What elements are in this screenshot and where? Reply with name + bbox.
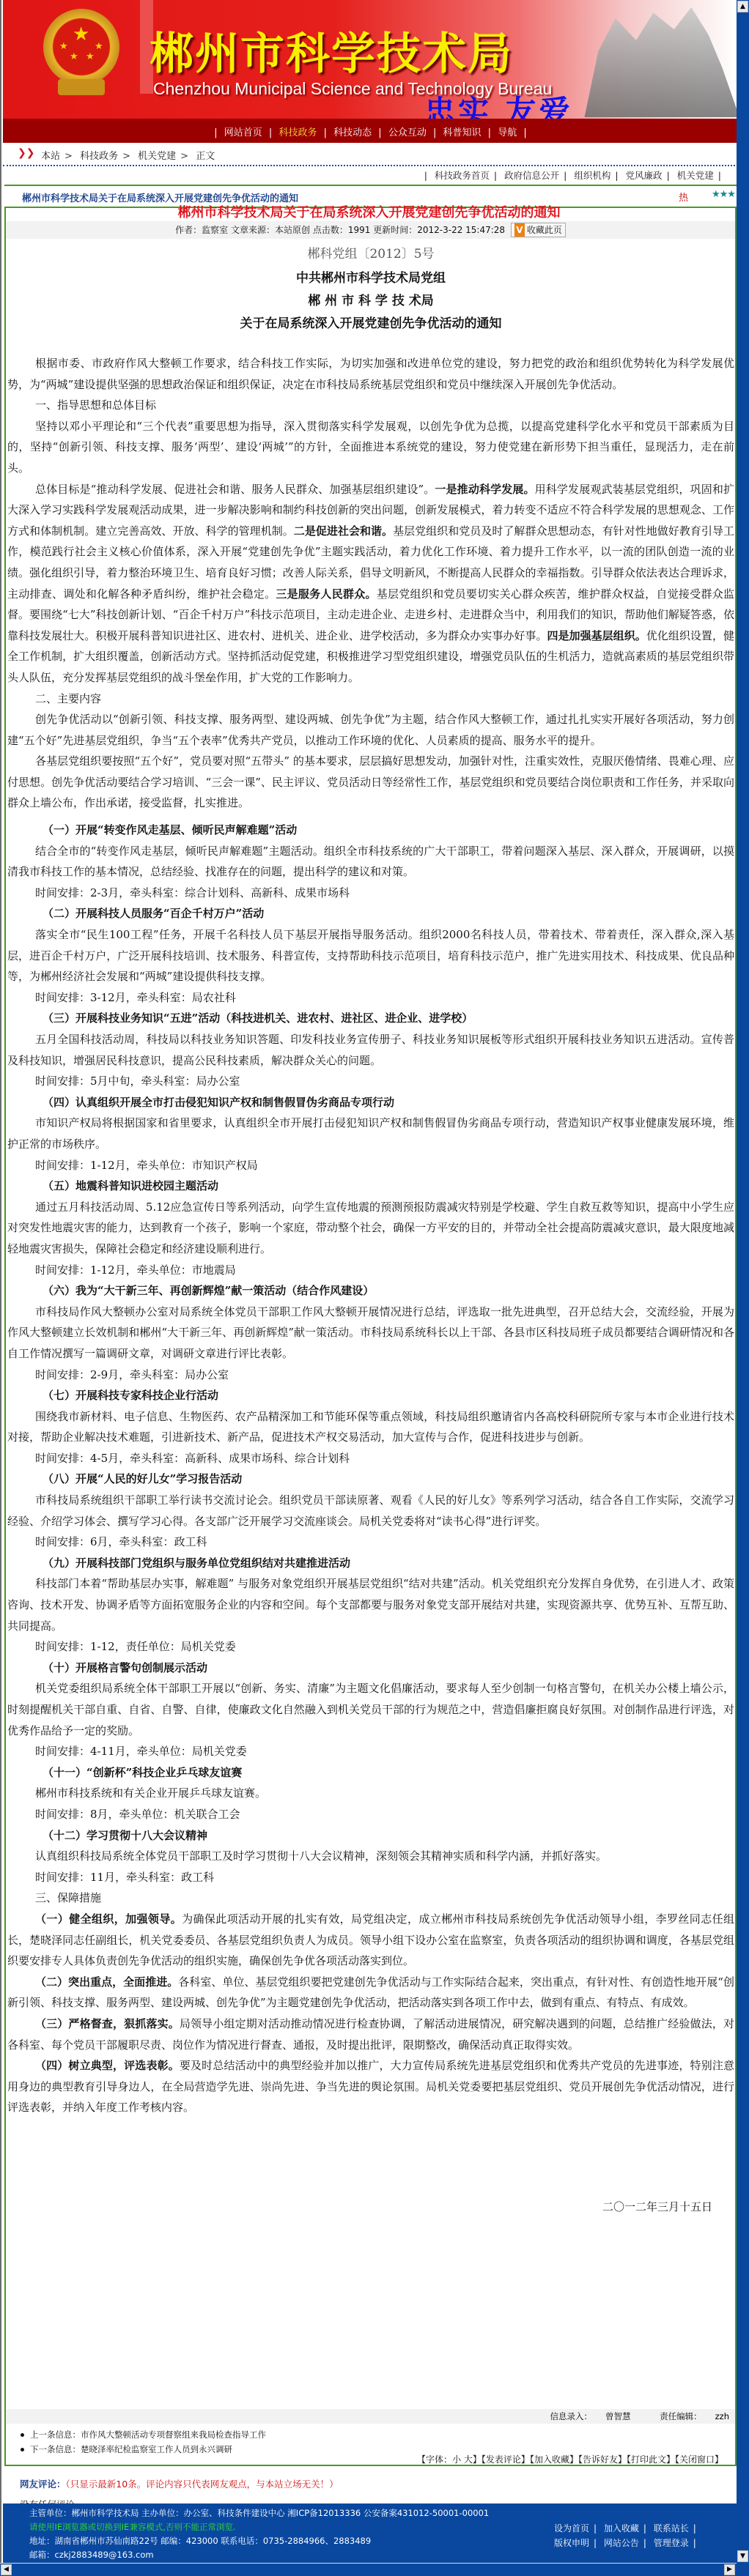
scroll-right-icon[interactable]: ▶ <box>724 2564 735 2575</box>
site-slogan: 忠实 友爱 <box>424 88 573 119</box>
contact-webmaster-link[interactable]: 联系站长 <box>654 2523 689 2534</box>
measure: （二）突出重点，全面推进。各科室、单位、基层党组织要把党建创先争优活动与工作实际… <box>7 1972 734 2013</box>
article-body: 郴科党组〔2012〕5号 中共郴州市科学技术局党组 郴 州 市 科 学 技 术局… <box>7 242 734 2214</box>
breadcrumb-current: 正文 <box>196 151 215 162</box>
item-schedule: 时间安排：5月中旬，牵头科室：局办公室 <box>7 1071 734 1092</box>
item-heading: （五）地震科普知识进校园主题活动 <box>7 1176 734 1197</box>
set-homepage-link[interactable]: 设为首页 <box>554 2523 589 2534</box>
nav-item-home[interactable]: 网站首页 <box>224 127 262 138</box>
breadcrumb: ❯❯ 本站> 科技政务> 机关党建> 正文 <box>3 143 738 166</box>
paragraph: 创先争优活动以“创新引领、科技支撑、服务两型、建设两城、创先争优”为主题，结合作… <box>7 709 734 751</box>
measure: （三）严格督查，狠抓落实。局领导小组定期对活动推动情况进行检查协调，了解活动进展… <box>7 2013 734 2055</box>
announcement-link[interactable]: 网站公告 <box>604 2538 639 2548</box>
admin-login-link[interactable]: 管理登录 <box>654 2538 689 2548</box>
item-body: 认真组织科技局系统全体党员干部职工及时学习贯彻十八大会议精神，深刻领会其精神实质… <box>7 1846 734 1867</box>
scroll-up-icon[interactable]: ▲ <box>737 1 748 12</box>
item-body: 通过五月科技活动周、5.12应急宣传日等系列活动，向学生宣传地震的预测预报防震减… <box>7 1197 734 1260</box>
section-heading: 一、指导思想和总体目标 <box>7 395 734 416</box>
paragraph: 各基层党组织要按照“五个好”，党员要对照“五带头” 的基本要求，层层搞好思想发动… <box>7 751 734 814</box>
scroll-down-icon[interactable]: ▼ <box>737 2550 748 2562</box>
footer-email: 邮箱：czkj2883489@163.com <box>29 2548 489 2562</box>
site-title: 郴州市科学技术局 <box>150 19 513 82</box>
responsible-editor: zzh <box>715 2411 729 2421</box>
page: ★ ★ ★ ★ ★ 郴州市科学技术局 Chenzhou Municipal Sc… <box>0 0 738 2564</box>
item-heading: （一）开展“转变作风走基层、倾听民声解难题”活动 <box>7 820 734 841</box>
post-comment-button[interactable]: 】【发表评论】 <box>473 2454 530 2465</box>
footer-address: 地址：湖南省郴州市苏仙南路22号 邮编：423000 联系电话：0735-288… <box>29 2534 489 2548</box>
entry-person: 曾智慧 <box>605 2411 631 2421</box>
comments-label: 网友评论： <box>20 2479 66 2490</box>
copyright-link[interactable]: 版权申明 <box>554 2538 589 2548</box>
article-title: 郴州市科学技术局关于在局系统深入开展党建创先争优活动的通知 <box>1 202 737 221</box>
double-chevron-icon: ❯❯ <box>18 147 34 159</box>
footer-sponsor: 主管单位：郴州市科学技术局 主办单位：办公室、科技条件建设中心 湘ICP备120… <box>29 2506 489 2520</box>
update-time: 2012-3-22 15:47:28 <box>417 225 505 235</box>
item-schedule: 时间安排：4-11月，牵头单位：局机关党委 <box>7 1741 734 1762</box>
item-schedule: 时间安排：1-12月，牵头单位：市地震局 <box>7 1260 734 1281</box>
horizontal-scrollbar[interactable]: ◀ ▶ <box>0 2563 737 2576</box>
tell-friend-button[interactable]: 【告诉好友】 <box>578 2454 627 2465</box>
item-schedule: 时间安排：3-12月，牵头科室：局农社科 <box>7 987 734 1009</box>
item-schedule: 时间安排：6月，牵头科室：政工科 <box>7 1532 734 1553</box>
comments-note: （只显示最新10条。评论内容只代表网友观点，与本站立场无关！） <box>66 2479 339 2490</box>
bookmark-icon: V <box>514 223 525 237</box>
add-favorite-link[interactable]: 加入收藏 <box>604 2523 639 2534</box>
article-tools: 【字体：小 大】【发表评论】【加入收藏】【告诉好友】【打印此文】【关闭窗口】 <box>417 2453 723 2465</box>
editor-info: 信息录入：曾智慧 责任编辑：zzh <box>6 2409 735 2424</box>
sub-nav: | 科技政务首页| 政府信息公开| 组织机构| 党风廉政| 机关党建| <box>420 168 726 182</box>
doc-number: 郴科党组〔2012〕5号 <box>7 243 734 261</box>
item-schedule: 时间安排：4-5月，牵头科室：高新科、成果市场科、综合计划科 <box>7 1448 734 1469</box>
item-heading: （二）开展科技人员服务“百企千村万户”活动 <box>7 903 734 924</box>
item-heading: （八）开展“人民的好儿女”学习报告活动 <box>7 1469 734 1490</box>
bullet-icon <box>21 2433 24 2437</box>
item-body: 科技部门本着“帮助基层办实事，解难题” 与服务对象党组织开展基层党组织“结对共建… <box>7 1573 734 1636</box>
bullet-icon <box>21 2448 24 2451</box>
font-small-button[interactable]: 小 <box>452 2454 461 2465</box>
close-window-button[interactable]: 【关闭窗口】 <box>675 2454 723 2465</box>
prev-article-link[interactable]: 市作风大整顿活动专项督察组来我局检查指导工作 <box>81 2430 266 2440</box>
font-large-button[interactable]: 大 <box>464 2454 473 2465</box>
vertical-scrollbar[interactable]: ▲ ▼ <box>737 0 749 2564</box>
next-article-link[interactable]: 楚晓泽率纪检监察室工作人员到永兴调研 <box>81 2444 232 2454</box>
nav-item-science[interactable]: 科普知识 <box>443 127 481 138</box>
item-heading: （九）开展科技部门党组织与服务单位党组织结对共建推进活动 <box>7 1553 734 1574</box>
paragraph: 坚持以邓小平理论和“三个代表”重要思想为指导，深入贯彻落实科学发展观，以创先争优… <box>7 416 734 479</box>
prev-next-links: 上一条信息：市作风大整顿活动专项督察组来我局检查指导工作 下一条信息：楚晓泽率纪… <box>21 2427 266 2457</box>
item-schedule: 时间安排：1-12，责任单位：局机关党委 <box>7 1636 734 1658</box>
item-heading: （七）开展科技专家科技企业行活动 <box>7 1385 734 1406</box>
item-heading: （十）开展格言警句创制展示活动 <box>7 1658 734 1679</box>
item-schedule: 时间安排：8月，牵头单位：机关联合工会 <box>7 1804 734 1825</box>
item-body: 郴州市科技系统和有关企业开展乒乓球友谊赛。 <box>7 1783 734 1804</box>
print-button[interactable]: 【打印此文】 <box>627 2454 675 2465</box>
issuer-1: 中共郴州市科学技术局党组 <box>7 267 734 286</box>
item-heading: （十二）学习贯彻十八大会议精神 <box>7 1825 734 1846</box>
click-count: 1991 <box>348 225 371 235</box>
subnav-info-disclosure[interactable]: 政府信息公开 <box>504 170 559 181</box>
scroll-left-icon[interactable]: ◀ <box>1 2564 12 2575</box>
item-body: 五月全国科技活动周，科技局以科技业务知识答题、印发科技业务宣传册子、科技业务知识… <box>7 1029 734 1071</box>
breadcrumb-party-building[interactable]: 机关党建 <box>138 151 176 162</box>
item-schedule: 时间安排：1-12月，牵头单位：市知识产权局 <box>7 1155 734 1176</box>
site-banner: ★ ★ ★ ★ ★ 郴州市科学技术局 Chenzhou Municipal Sc… <box>3 0 738 119</box>
nav-item-gov-affairs[interactable]: 科技政务 <box>278 127 317 138</box>
item-body: 市科技局系统组织干部职工举行读书交流讨论会。组织党员干部读原著、观看《人民的好儿… <box>7 1490 734 1532</box>
nav-item-navigation[interactable]: 导航 <box>498 127 517 138</box>
doc-title: 关于在局系统深入开展党建创先争优活动的通知 <box>7 313 734 331</box>
article-meta: 作者：监察室 文章来源：本站原创 点击数：1991 更新时间：2012-3-22… <box>6 221 735 239</box>
nav-item-news[interactable]: 科技动态 <box>333 127 372 138</box>
item-heading: （十一）“创新杯”科技企业乒乓球友谊赛 <box>7 1762 734 1783</box>
item-body: 机关党委组织局系统全体干部职工开展以“创新、务实、清廉”为主题文化倡廉活动，要求… <box>7 1678 734 1741</box>
item-body: 市知识产权局将根据国家和省里要求，认真组织全市开展打击侵犯知识产权和制售假冒伪劣… <box>7 1113 734 1154</box>
item-heading: （三）开展科技业务知识“五进”活动（科技进机关、进农村、进社区、进企业、进学校） <box>7 1008 734 1029</box>
item-body: 围绕我市新材料、电子信息、生物医药、农产品精深加工和节能环保等重点领域，科技局组… <box>7 1406 734 1448</box>
breadcrumb-home[interactable]: 本站 <box>41 151 60 162</box>
item-heading: （四）认真组织开展全市打击侵犯知识产权和制售假冒伪劣商品专项行动 <box>7 1092 734 1113</box>
paragraph: 根据市委、市政府作风大整顿工作要求，结合科技工作实际，为切实加强和改进单位党的建… <box>7 353 734 395</box>
item-schedule: 时间安排：2-9月，牵头科室：局办公室 <box>7 1365 734 1386</box>
item-body: 结合全市的“转变作风走基层，倾听民声解难题”主题活动。组织全市科技系统的广大干部… <box>7 841 734 883</box>
site-footer: 主管单位：郴州市科学技术局 主办单位：办公室、科技条件建设中心 湘ICP备120… <box>3 2503 738 2564</box>
doc-date: 二〇一二年三月十五日 <box>7 2199 734 2214</box>
item-body: 落实全市“民生100工程”任务，开展千名科技人员下基层开展指导服务活动。组织20… <box>7 924 734 987</box>
measure: （四）树立典型，评选表彰。要及时总结活动中的典型经验并加以推广，大力宣传局系统先… <box>7 2055 734 2118</box>
item-body: 市科技局作风大整顿办公室对局系统全体党员干部职工作风大整顿开展情况进行总结，评选… <box>7 1302 734 1365</box>
subnav-organization[interactable]: 组织机构 <box>574 170 610 181</box>
scrollbar-corner <box>737 2564 749 2576</box>
item-schedule: 时间安排：2-3月，牵头科室：综合计划科、高新科、成果市场科 <box>7 883 734 904</box>
national-emblem-icon: ★ ★ ★ ★ ★ <box>43 9 119 97</box>
paragraph: 总体目标是“推动科学发展、促进社会和谐、服务人民群众、加强基层组织建设”。一是推… <box>7 479 734 688</box>
sculpture-image <box>567 7 738 117</box>
main-nav: | 网站首页 | 科技政务 | 科技动态 | 公众互动 | 科普知识 | 导航 … <box>3 119 738 143</box>
subnav-party-building[interactable]: 机关党建 <box>677 170 714 181</box>
author: 监察室 <box>202 225 228 235</box>
breadcrumb-gov-affairs[interactable]: 科技政务 <box>80 151 118 162</box>
subnav-gov-home[interactable]: 科技政务首页 <box>435 170 490 181</box>
rating-stars-icon: ★★★ <box>712 189 735 200</box>
browser-notice: 请使用IE浏览器或切换到IE兼容模式,否则不能正常浏览. <box>29 2520 489 2534</box>
favorite-button[interactable]: V收藏此页 <box>511 223 566 237</box>
section-heading: 三、保障措施 <box>7 1888 734 1909</box>
item-heading: （六）我为“大干新三年、再创新辉煌”献一策活动（结合作风建设） <box>7 1280 734 1302</box>
measure: （一）健全组织，加强领导。为确保此项活动开展的扎实有效，局党组决定，成立郴州市科… <box>7 1909 734 1972</box>
issuer-2: 郴 州 市 科 学 技 术局 <box>7 290 734 308</box>
item-schedule: 时间安排：11月，牵头科室：政工科 <box>7 1867 734 1888</box>
source: 本站原创 <box>275 225 310 235</box>
subnav-integrity[interactable]: 党风廉政 <box>626 170 663 181</box>
nav-item-interaction[interactable]: 公众互动 <box>388 127 427 138</box>
section-heading: 二、主要内容 <box>7 688 734 710</box>
add-favorite-button[interactable]: 【加入收藏】 <box>530 2454 578 2465</box>
